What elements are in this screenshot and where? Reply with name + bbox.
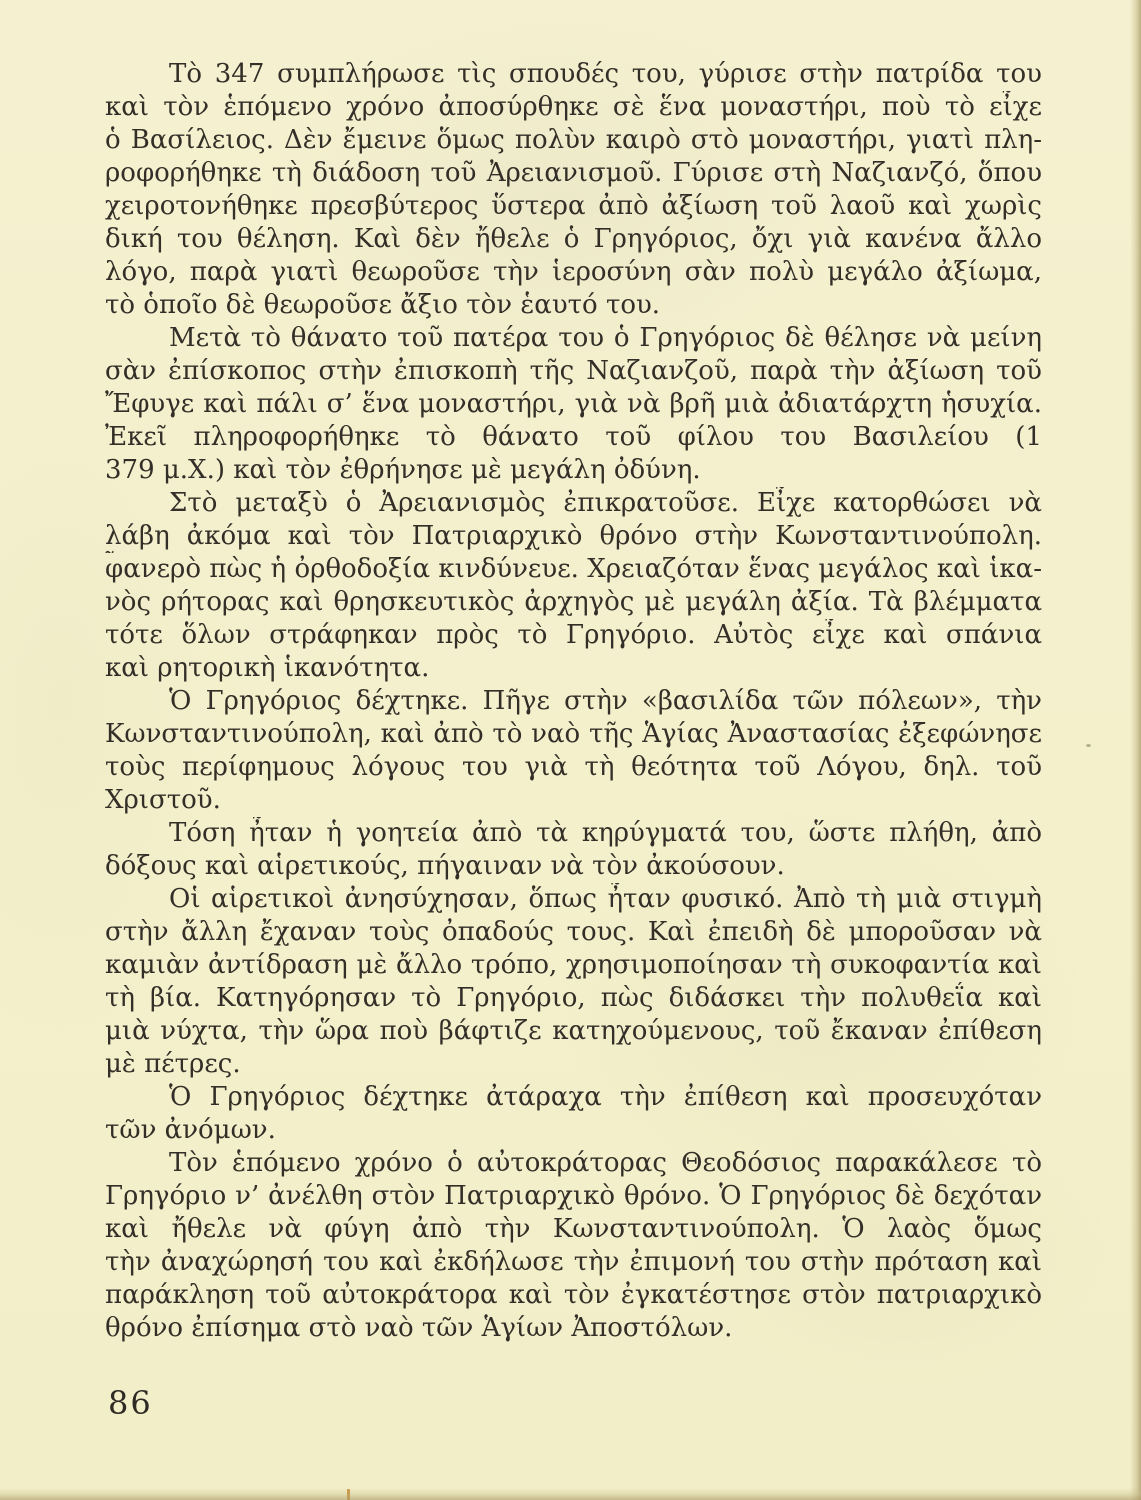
text-line: σὰν ἐπίσκοπος στὴν ἐπισκοπὴ τῆς Ναζιανζο… [105,355,1042,388]
text-line: τὴν ἀναχώρησή του καὶ ἐκδήλωσε τὴν ἐπιμο… [105,1246,1042,1279]
text-line: Τὸν ἑπόμενο χρόνο ὁ αὐτοκράτορας Θεοδόσι… [105,1147,1042,1180]
text-line: τὸ ὁποῖο δὲ θεωροῦσε ἄξιο τὸν ἑαυτό του. [105,289,1042,322]
text-line: καὶ ρητορικὴ ἱκανότητα. [105,652,1042,685]
text-line: Γρηγόριο ν’ ἀνέλθη στὸν Πατριαρχικὸ θρόν… [105,1180,1042,1213]
text-line: λόγο, παρὰ γιατὶ θεωροῦσε τὴν ἱεροσύνη σ… [105,256,1042,289]
text-line: φανερὸ πὼς ἡ ὀρθοδοξία κινδύνευε. Χρειαζ… [105,553,1042,586]
text-line: Στὸ μεταξὺ ὁ Ἀρειανισμὸς ἐπικρατοῦσε. Εἶ… [105,487,1042,520]
text-line: Ἔφυγε καὶ πάλι σ’ ἕνα μοναστήρι, γιὰ νὰ … [105,388,1042,421]
text-line: δόξους καὶ αἱρετικούς, πήγαιναν νὰ τὸν ἀ… [105,850,1042,883]
text-line: καμιὰν ἀντίδραση μὲ ἄλλο τρόπο, χρησιμοπ… [105,949,1042,982]
text-line: τότε ὅλων στράφηκαν πρὸς τὸ Γρηγόριο. Αὐ… [105,619,1042,652]
text-line: Ὁ Γρηγόριος δέχτηκε ἀτάραχα τὴν ἐπίθεση … [105,1081,1042,1114]
text-line: Ὁ Γρηγόριος δέχτηκε. Πῆγε στὴν «βασιλίδα… [105,685,1042,718]
page-edge-shadow-bottom [0,1488,1141,1500]
text-line: 379 μ.Χ.) καὶ τὸν ἐθρήνησε μὲ μεγάλη ὀδύ… [105,454,1042,487]
text-line: καὶ τὸν ἑπόμενο χρόνο ἀποσύρθηκε σὲ ἕνα … [105,91,1042,124]
text-line: τὴ βία. Κατηγόρησαν τὸ Γρηγόριο, πὼς διδ… [105,982,1042,1015]
text-line: νὸς ρήτορας καὶ θρησκευτικὸς ἀρχηγὸς μὲ … [105,586,1042,619]
text-line: καὶ ἤθελε νὰ φύγη ἀπὸ τὴν Κωνσταντινούπο… [105,1213,1042,1246]
text-line: Τὸ 347 συμπλήρωσε τὶς σπουδές του, γύρισ… [105,58,1042,91]
text-line: τῶν ἀνόμων. [105,1114,1042,1147]
text-line: δική του θέληση. Καὶ δὲν ἤθελε ὁ Γρηγόρι… [105,223,1042,256]
text-line: Ἐκεῖ πληροφορήθηκε τὸ θάνατο τοῦ φίλου τ… [105,421,1042,454]
text-line: στὴν ἄλλη ἔχαναν τοὺς ὀπαδούς τους. Καὶ … [105,916,1042,949]
body-text: Τὸ 347 συμπλήρωσε τὶς σπουδές του, γύρισ… [105,58,1042,1345]
paragraph: Τόση ἦταν ἡ γοητεία ἀπὸ τὰ κηρύγματά του… [105,817,1042,883]
paragraph: Οἱ αἱρετικοὶ ἀνησύχησαν, ὅπως ἦταν φυσικ… [105,883,1042,1081]
text-line: ὁ Βασίλειος. Δὲν ἔμεινε ὅμως πολὺν καιρὸ… [105,124,1042,157]
text-line: μιὰ νύχτα, τὴν ὥρα ποὺ βάφτιζε κατηχούμε… [105,1015,1042,1048]
paragraph: Ὁ Γρηγόριος δέχτηκε. Πῆγε στὴν «βασιλίδα… [105,685,1042,817]
text-line: μὲ πέτρες. [105,1048,1042,1081]
text-line: Τόση ἦταν ἡ γοητεία ἀπὸ τὰ κηρύγματά του… [105,817,1042,850]
text-line: θρόνο ἐπίσημα στὸ ναὸ τῶν Ἁγίων Ἀποστόλω… [105,1312,1042,1345]
text-line: τοὺς περίφημους λόγους του γιὰ τὴ θεότητ… [105,751,1042,784]
text-line: χειροτονήθηκε πρεσβύτερος ὕστερα ἀπὸ ἀξί… [105,190,1042,223]
scan-speck-mark [1086,744,1091,747]
text-line: λάβη ἀκόμα καὶ τὸν Πατριαρχικὸ θρόνο στὴ… [105,520,1042,553]
text-line: παράκληση τοῦ αὐτοκράτορα καὶ τὸν ἐγκατέ… [105,1279,1042,1312]
text-line: Οἱ αἱρετικοὶ ἀνησύχησαν, ὅπως ἦταν φυσικ… [105,883,1042,916]
text-line: ροφορήθηκε τὴ διάδοση τοῦ Ἀρειανισμοῦ. Γ… [105,157,1042,190]
text-line: Κωνσταντινούπολη, καὶ ἀπὸ τὸ ναὸ τῆς Ἁγί… [105,718,1042,751]
paragraph: Τὸ 347 συμπλήρωσε τὶς σπουδές του, γύρισ… [105,58,1042,322]
paragraph: Ὁ Γρηγόριος δέχτηκε ἀτάραχα τὴν ἐπίθεση … [105,1081,1042,1147]
page-edge-shadow-right [1130,0,1141,1500]
paragraph: Μετὰ τὸ θάνατο τοῦ πατέρα του ὁ Γρηγόριο… [105,322,1042,487]
paragraph: Τὸν ἑπόμενο χρόνο ὁ αὐτοκράτορας Θεοδόσι… [105,1147,1042,1345]
text-line: Χριστοῦ. [105,784,1042,817]
paragraph: Στὸ μεταξὺ ὁ Ἀρειανισμὸς ἐπικρατοῦσε. Εἶ… [105,487,1042,685]
page-number: 86 [108,1384,153,1422]
text-line: Μετὰ τὸ θάνατο τοῦ πατέρα του ὁ Γρηγόριο… [105,322,1042,355]
